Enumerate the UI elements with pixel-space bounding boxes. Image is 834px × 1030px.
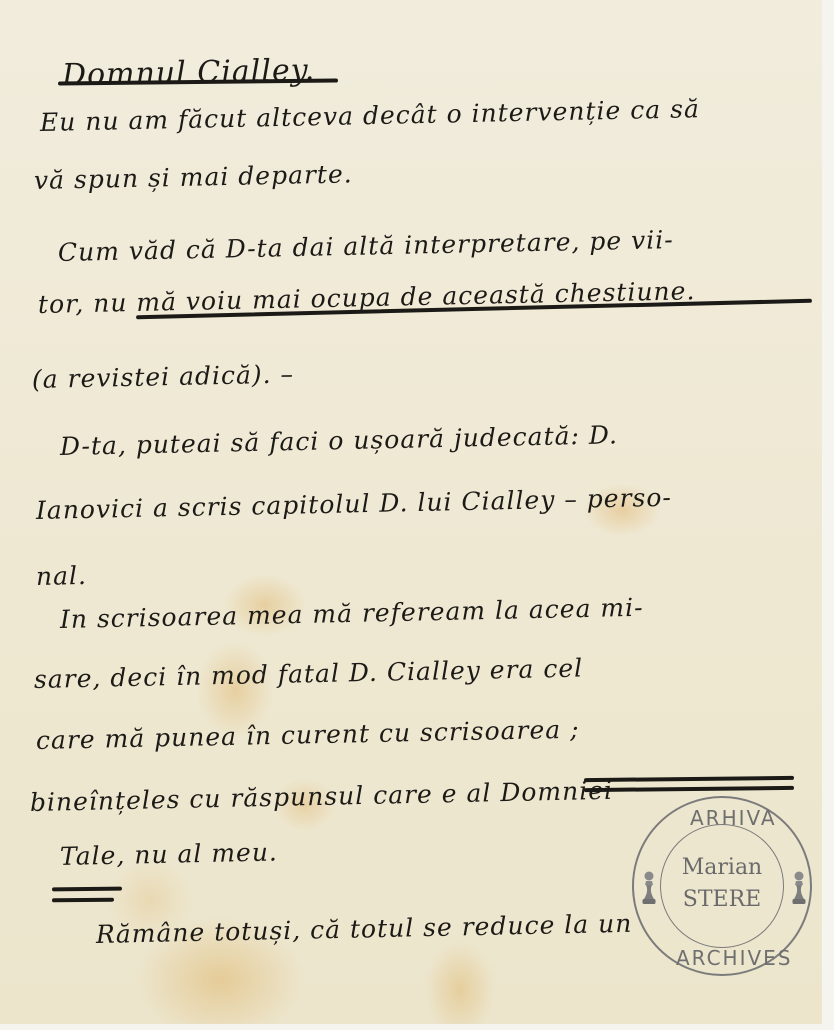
letter-line-8: nal. (36, 561, 88, 591)
chess-pawn-icon (642, 870, 656, 906)
letter-line-9: In scrisoarea mea mă refeream la acea mi… (60, 593, 644, 634)
letter-line-14: Rămâne totuși, că totul se reduce la un (96, 909, 633, 949)
stamp-name-last: STERE (661, 887, 783, 912)
stamp-inner-ring: Marian STERE (660, 824, 784, 948)
double-underline-top (584, 776, 794, 782)
separator-mark-top (52, 887, 122, 892)
letter-line-12: bineînțeles cu răspunsul care e al Domni… (30, 776, 614, 817)
stamp-bottom-text: ARCHIVES (676, 946, 793, 970)
letter-line-11: care mă punea în curent cu scrisoarea ; (36, 715, 580, 755)
letter-line-2: vă spun și mai departe. (34, 159, 353, 195)
letter-page: Domnul Cialley. Eu nu am făcut altceva d… (0, 0, 822, 1024)
archive-stamp: ARHIVA Marian STERE ARCHIVES (632, 796, 812, 976)
letter-line-13: Tale, nu al meu. (60, 837, 278, 871)
letter-line-10: sare, deci în mod fatal D. Cialley era c… (34, 654, 584, 694)
letter-line-1: Eu nu am făcut altceva decât o intervenț… (40, 94, 700, 137)
double-underline-bottom (584, 786, 794, 792)
chess-pawn-icon (792, 870, 806, 906)
letter-line-5: (a revistei adică). – (32, 360, 295, 394)
letter-line-6: D-ta, puteai să faci o ușoară judecată: … (60, 420, 619, 461)
separator-mark-bottom (52, 898, 114, 903)
letter-line-3: Cum văd că D-ta dai altă interpretare, p… (58, 225, 674, 267)
letter-line-7: Ianovici a scris capitolul D. lui Cialle… (36, 483, 672, 525)
stamp-name-first: Marian (661, 855, 783, 880)
letter-title: Domnul Cialley. (62, 53, 316, 93)
